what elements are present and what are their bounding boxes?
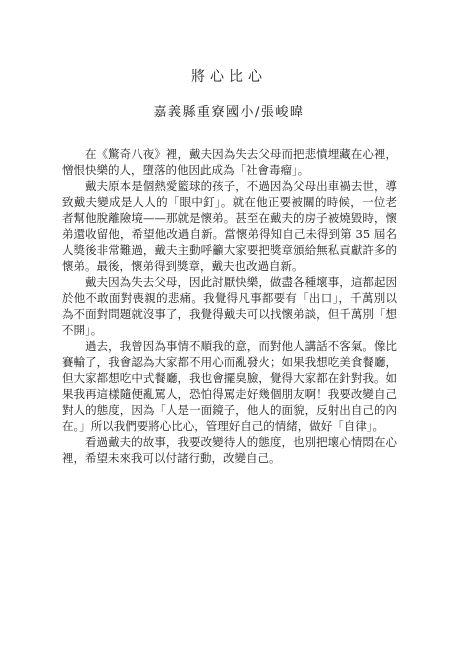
essay-paragraph-4: 過去，我曾因為事情不順我的意，而對他人講話不客氣。像比賽輸了，我會認為大家都不用… <box>62 338 397 434</box>
essay-paragraph-3: 戴夫因為失去父母，因此討厭快樂，做盡各種壞事，這都起因於他不敢面對喪親的悲痛。我… <box>62 274 397 338</box>
essay-paragraph-1: 在《驚奇八夜》裡，戴夫因為失去父母而把悲憤埋藏在心裡，憎恨快樂的人，墮落的他因此… <box>62 146 397 178</box>
document-page: 將心比心 嘉義縣重寮國小/張峻暐 在《驚奇八夜》裡，戴夫因為失去父母而把悲憤埋藏… <box>0 0 458 648</box>
essay-paragraph-2: 戴夫原本是個熱愛籃球的孩子，不過因為父母出車禍去世，導致戴夫變成是人人的「眼中釘… <box>62 178 397 274</box>
essay-paragraph-5: 看過戴夫的故事，我要改變待人的態度，也別把壞心情悶在心裡，希望未來我可以付諸行動… <box>62 434 397 466</box>
essay-title: 將心比心 <box>0 0 458 86</box>
essay-body: 在《驚奇八夜》裡，戴夫因為失去父母而把悲憤埋藏在心裡，憎恨快樂的人，墮落的他因此… <box>62 146 397 466</box>
author-byline: 嘉義縣重寮國小/張峻暐 <box>0 101 458 120</box>
